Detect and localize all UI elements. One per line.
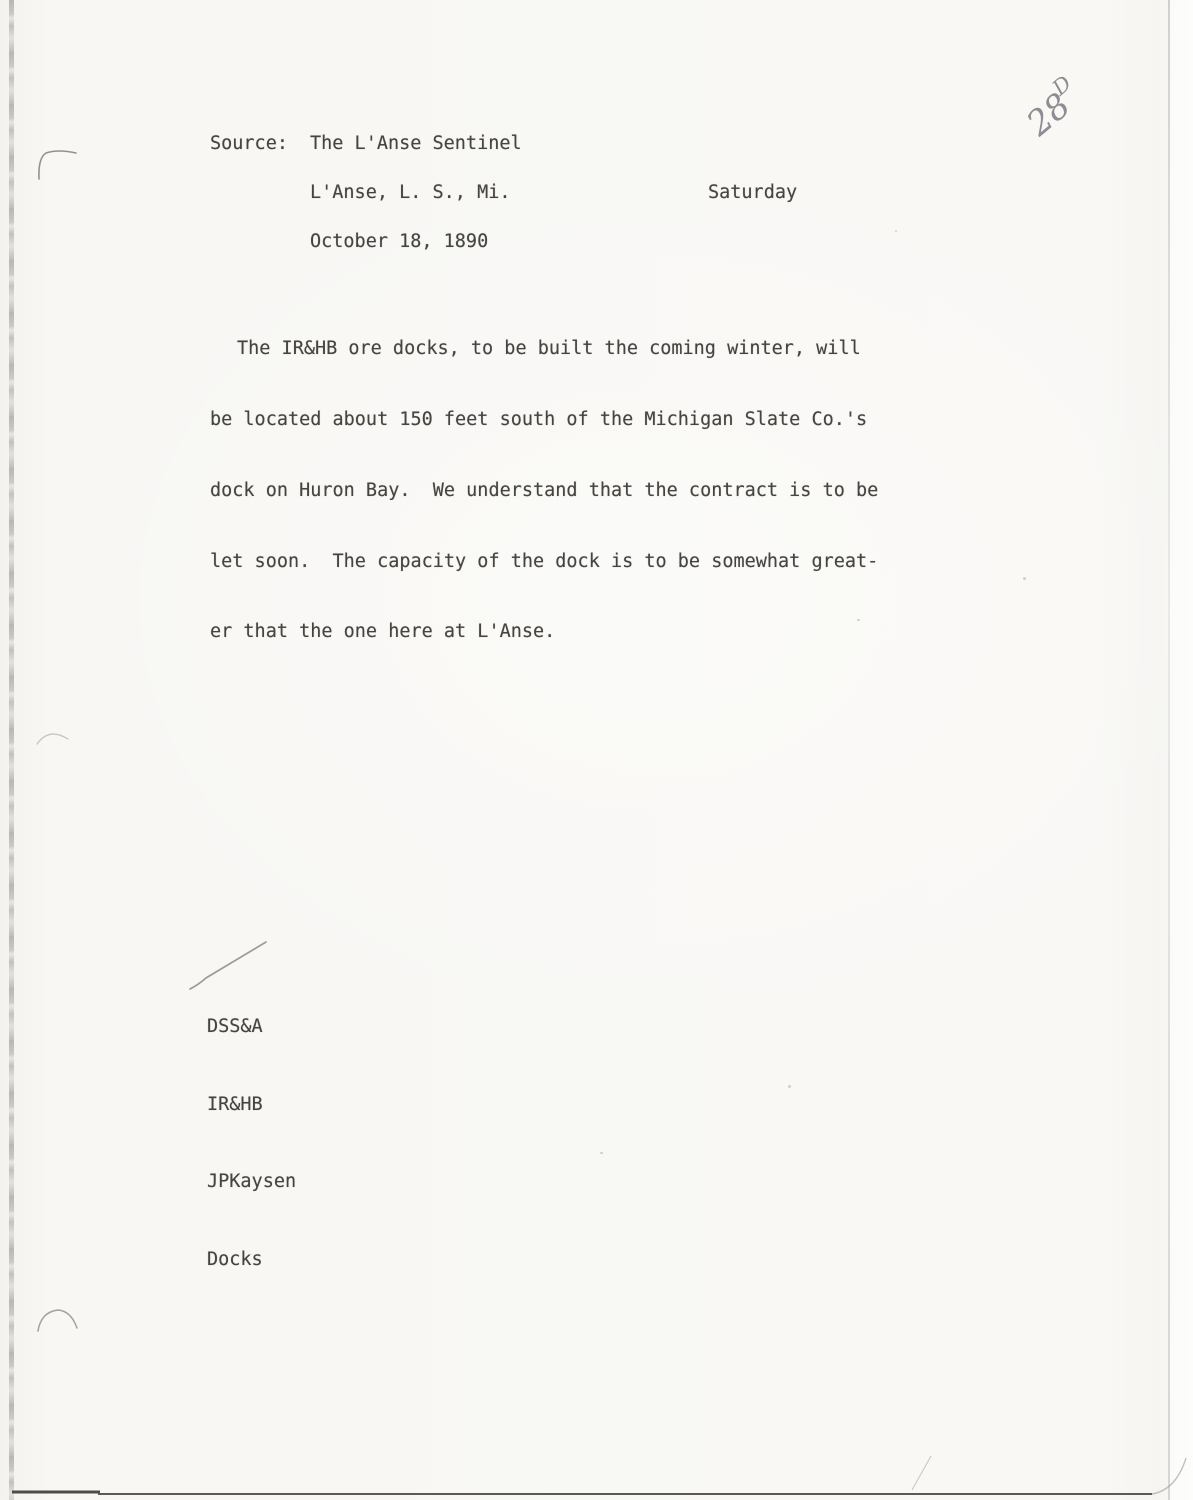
- scanned-document-page: Source: The L'Anse Sentinel L'Anse, L. S…: [0, 0, 1193, 1500]
- keyword-item: JPKaysen: [207, 1169, 296, 1195]
- scan-marks-overlay: 28 D: [0, 0, 1193, 1500]
- scan-edge-artifact-left: [9, 0, 14, 1500]
- source-details: The L'Anse Sentinel L'Anse, L. S., Mi. O…: [310, 132, 522, 255]
- source-label: Source:: [210, 132, 288, 156]
- scan-speck: [1023, 577, 1026, 580]
- source-location: L'Anse, L. S., Mi.: [310, 182, 510, 203]
- article-line: The IR&HB ore docks, to be built the com…: [210, 337, 878, 361]
- scan-speck: [600, 1152, 603, 1154]
- article-line: let soon. The capacity of the dock is to…: [210, 550, 878, 574]
- article-line: er that the one here at L'Anse.: [210, 620, 878, 644]
- keyword-list: DSS&A IR&HB JPKaysen Docks: [207, 962, 296, 1325]
- paper-edge-highlight-right: [1170, 0, 1193, 1500]
- source-publication: The L'Anse Sentinel: [310, 133, 522, 154]
- pencil-stray-mark: [912, 1456, 931, 1490]
- paperclip-mark-top: [39, 151, 76, 179]
- article-paragraph: The IR&HB ore docks, to be built the com…: [210, 290, 878, 691]
- scan-speck: [857, 619, 860, 621]
- handwritten-page-number: 28 D: [1015, 71, 1091, 145]
- source-day: Saturday: [708, 181, 797, 205]
- keyword-item: IR&HB: [207, 1092, 296, 1118]
- keyword-item: DSS&A: [207, 1014, 296, 1040]
- scan-speck: [788, 1085, 791, 1088]
- article-line: dock on Huron Bay. We understand that th…: [210, 479, 878, 503]
- keyword-item: Docks: [207, 1247, 296, 1273]
- paperclip-mark-bottom: [38, 1310, 77, 1331]
- source-date: October 18, 1890: [310, 231, 488, 252]
- paperclip-mark-middle: [37, 734, 68, 744]
- handwritten-page-number-main: 28: [1019, 86, 1079, 145]
- article-line: be located about 150 feet south of the M…: [210, 408, 878, 432]
- scan-speck: [895, 230, 897, 232]
- handwritten-page-number-sup: D: [1047, 71, 1076, 101]
